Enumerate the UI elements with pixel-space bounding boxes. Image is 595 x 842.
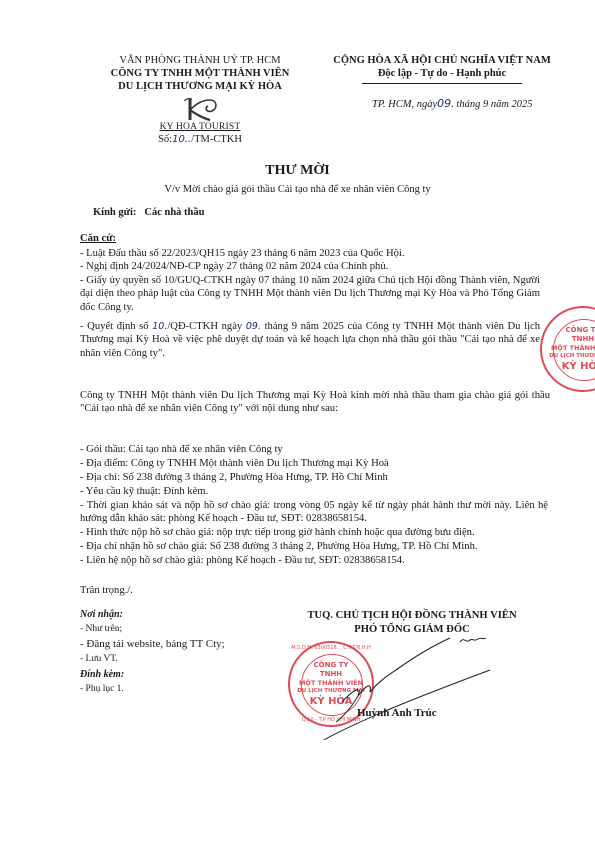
document-title: THƯ MỜI: [0, 163, 595, 179]
doc-number-handwritten: 10..: [172, 134, 191, 145]
date-day-handwritten: 09: [437, 97, 451, 110]
ky-hoa-logo-icon: [180, 96, 220, 122]
legal-basis-decision: - Quyết định số 10./QĐ-CTKH ngày 09. thá…: [80, 320, 540, 360]
greeting-recipient: Các nhà thầu: [144, 207, 204, 218]
detail-item: - Yêu cầu kỹ thuật: Đính kèm.: [80, 485, 548, 499]
stamp-line: KỲ HÒA: [542, 361, 595, 372]
legal-bases-list: - Luật Đấu thầu số 22/2023/QH15 ngày 23 …: [80, 247, 540, 360]
recipient-item: - Đăng tải website, bảng TT Cty;: [80, 637, 260, 652]
national-motto: Độc lập - Tự do - Hạnh phúc: [318, 67, 566, 80]
detail-item: - Liên hệ nộp hồ sơ chào giá: phòng Kế h…: [80, 554, 548, 568]
date-prefix: TP. HCM, ngày: [372, 99, 437, 110]
closing-regards: Trân trọng./.: [80, 585, 133, 596]
company-name-line2: DU LỊCH THƯƠNG MẠI KỲ HÒA: [92, 80, 308, 93]
handwritten-signature: [300, 630, 500, 740]
document-number: Số:10../TM-CTKH: [92, 133, 308, 147]
agency-name: VĂN PHÒNG THÀNH UỶ TP. HCM: [92, 54, 308, 67]
invitation-details: - Gói thầu: Cải tạo nhà để xe nhân viên …: [80, 443, 548, 568]
invitation-intro: Công ty TNHH Một thành viên Du lịch Thươ…: [80, 389, 550, 416]
recipients-block: Nơi nhận: - Như trên; - Đăng tải website…: [80, 607, 260, 697]
company-name-line1: CÔNG TY TNHH MỘT THÀNH VIÊN: [92, 67, 308, 80]
greeting: Kính gửi:Các nhà thầu: [93, 207, 204, 218]
decision-prefix: - Quyết định số: [80, 321, 152, 332]
legal-basis-item: - Nghị định 24/2024/NĐ-CP ngày 27 tháng …: [80, 260, 540, 273]
recipient-item: - Như trên;: [80, 622, 260, 637]
recipients-title: Nơi nhận:: [80, 607, 260, 622]
date-suffix: . tháng 9 năm 2025: [451, 99, 532, 110]
attachments-title: Đính kèm:: [80, 667, 260, 682]
document-subject: V/v Mời chào giá gói thầu Cải tạo nhà để…: [0, 184, 595, 195]
detail-item: - Thời gian khảo sát và nộp hồ sơ chào g…: [80, 499, 548, 526]
detail-item: - Gói thầu: Cải tạo nhà để xe nhân viên …: [80, 443, 548, 457]
doc-number-suffix: /TM-CTKH: [191, 134, 242, 145]
detail-item: - Hình thức nộp hồ sơ chào giá: nộp trực…: [80, 526, 548, 540]
detail-item: - Địa chỉ: Số 238 đường 3 tháng 2, Phườn…: [80, 471, 548, 485]
page-edge-seal-stamp: CÔNG TY TNHH MỘT THÀNH VIÊN DU LỊCH THƯƠ…: [540, 306, 595, 392]
issuer-header: VĂN PHÒNG THÀNH UỶ TP. HCM CÔNG TY TNHH …: [92, 54, 308, 147]
national-header: CỘNG HÒA XÃ HỘI CHỦ NGHĨA VIỆT NAM Độc l…: [318, 54, 566, 84]
motto-underline: [362, 83, 522, 84]
detail-item: - Địa chỉ nhận hồ sơ chào giá: Số 238 đư…: [80, 540, 548, 554]
stamp-line: TNHH: [542, 335, 595, 343]
stamp-line: CÔNG TY: [542, 326, 595, 334]
nation-name: CỘNG HÒA XÃ HỘI CHỦ NGHĨA VIỆT NAM: [318, 54, 566, 67]
greeting-label: Kính gửi:: [93, 207, 136, 218]
stamp-line: MỘT THÀNH VIÊN: [542, 344, 595, 352]
detail-item: - Địa điểm: Công ty TNHH Một thành viên …: [80, 457, 548, 471]
signing-authority: TUQ. CHỦ TỊCH HỘI ĐỒNG THÀNH VIÊN: [262, 609, 562, 623]
issue-date: TP. HCM, ngày09. tháng 9 năm 2025: [372, 97, 533, 110]
attachment-item: - Phụ lục 1.: [80, 682, 260, 697]
signer-name: Huỳnh Anh Trúc: [357, 707, 437, 719]
decision-number-handwritten: 10.: [152, 321, 167, 332]
decision-day-handwritten: 09.: [246, 321, 261, 332]
legal-bases-title: Căn cứ:: [80, 233, 116, 244]
legal-basis-item: - Giấy ủy quyền số 10/GUQ-CTKH ngày 07 t…: [80, 274, 540, 314]
stamp-line: DU LỊCH THƯƠNG MẠI: [542, 353, 595, 359]
recipient-item: - Lưu VT.: [80, 652, 260, 667]
logo-text: KY HOA TOURIST: [92, 122, 308, 133]
decision-mid: /QĐ-CTKH ngày: [167, 321, 246, 332]
legal-basis-item: - Luật Đấu thầu số 22/2023/QH15 ngày 23 …: [80, 247, 540, 260]
doc-number-prefix: Số:: [158, 134, 172, 145]
